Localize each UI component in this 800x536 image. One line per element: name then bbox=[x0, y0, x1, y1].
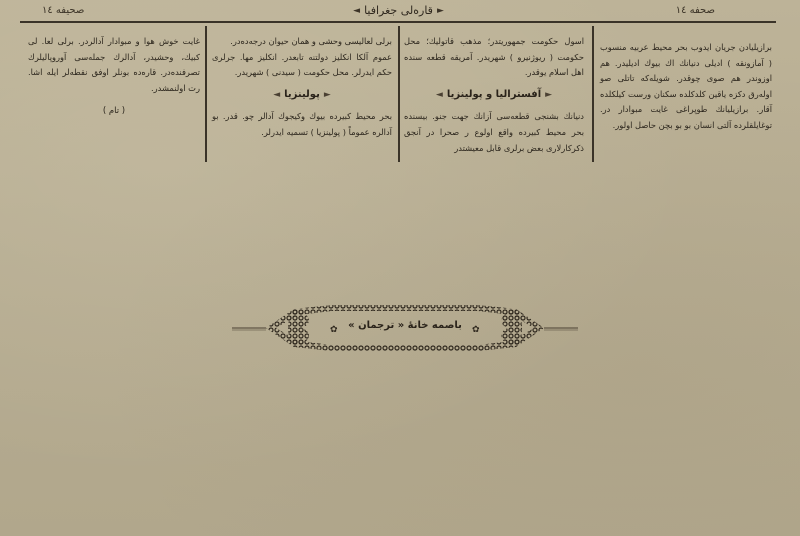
paragraph: اسول حکومت جمهوریتدر؛ مذهب قاتولیك؛ محل … bbox=[404, 34, 584, 81]
printer-name: باصمه خانهٔ « ترجمان » bbox=[232, 320, 578, 331]
text-column-3: برلی لعالیسی وحشی و همان حیوان درجەدەدر.… bbox=[212, 34, 392, 141]
text-column-4: غایت خوش هوا و مبوادار آدالردر. برلی لعا… bbox=[28, 34, 200, 120]
header-rule bbox=[20, 21, 776, 23]
paragraph: عموم آلکا انکلیز دولتنه تابعدر. انکلیز م… bbox=[212, 50, 392, 81]
paragraph: دنیانك بشنجی قطعەسی آزانك جهت جنو. بیسند… bbox=[404, 109, 584, 156]
column-divider bbox=[205, 26, 207, 162]
ornament-right-icon: ► bbox=[324, 90, 331, 100]
printer-colophon: ✿ ✿ باصمه خانهٔ « ترجمان » bbox=[232, 297, 578, 359]
text-column-2: اسول حکومت جمهوریتدر؛ مذهب قاتولیك؛ محل … bbox=[404, 34, 584, 156]
paragraph: بحر محیط کبیرده بیوك وکیجوك آدالر چو. قد… bbox=[212, 109, 392, 140]
section-title: پولینزیا bbox=[284, 89, 320, 100]
running-title: ► قارەلی جغرافیا ◄ bbox=[353, 4, 444, 17]
page-number-left: صحیفه ١٤ bbox=[42, 5, 84, 16]
section-heading: ►پولینزیا◄ bbox=[212, 87, 392, 104]
page-header: صحیفه ١٤ ► قارەلی جغرافیا ◄ صحفه ١٤ bbox=[20, 3, 777, 21]
page-number-right: صحفه ١٤ bbox=[676, 5, 715, 16]
text-column-1: برازیلیادن جریان ایدوب بحر محیط عربیه من… bbox=[600, 40, 772, 134]
ornament-right-icon: ► bbox=[437, 6, 444, 16]
paragraph: برازیلیادن جریان ایدوب بحر محیط عربیه من… bbox=[600, 40, 772, 134]
ornament-left-icon: ◄ bbox=[273, 90, 280, 100]
paragraph: غایت خوش هوا و مبوادار آدالردر. برلی لعا… bbox=[28, 34, 200, 96]
ornament-left-icon: ◄ bbox=[436, 90, 443, 100]
ornament-left-icon: ◄ bbox=[353, 6, 360, 16]
section-heading: ►آفستراليا و پولینزیا◄ bbox=[404, 87, 584, 104]
running-title-text: قارەلی جغرافیا bbox=[364, 4, 433, 17]
section-title: آفستراليا و پولینزیا bbox=[447, 89, 541, 100]
ornament-right-icon: ► bbox=[545, 90, 552, 100]
column-divider bbox=[592, 26, 594, 162]
column-divider bbox=[398, 26, 400, 162]
paragraph: برلی لعالیسی وحشی و همان حیوان درجەدەدر. bbox=[212, 34, 392, 50]
end-mark: ( تام ) bbox=[28, 104, 200, 120]
